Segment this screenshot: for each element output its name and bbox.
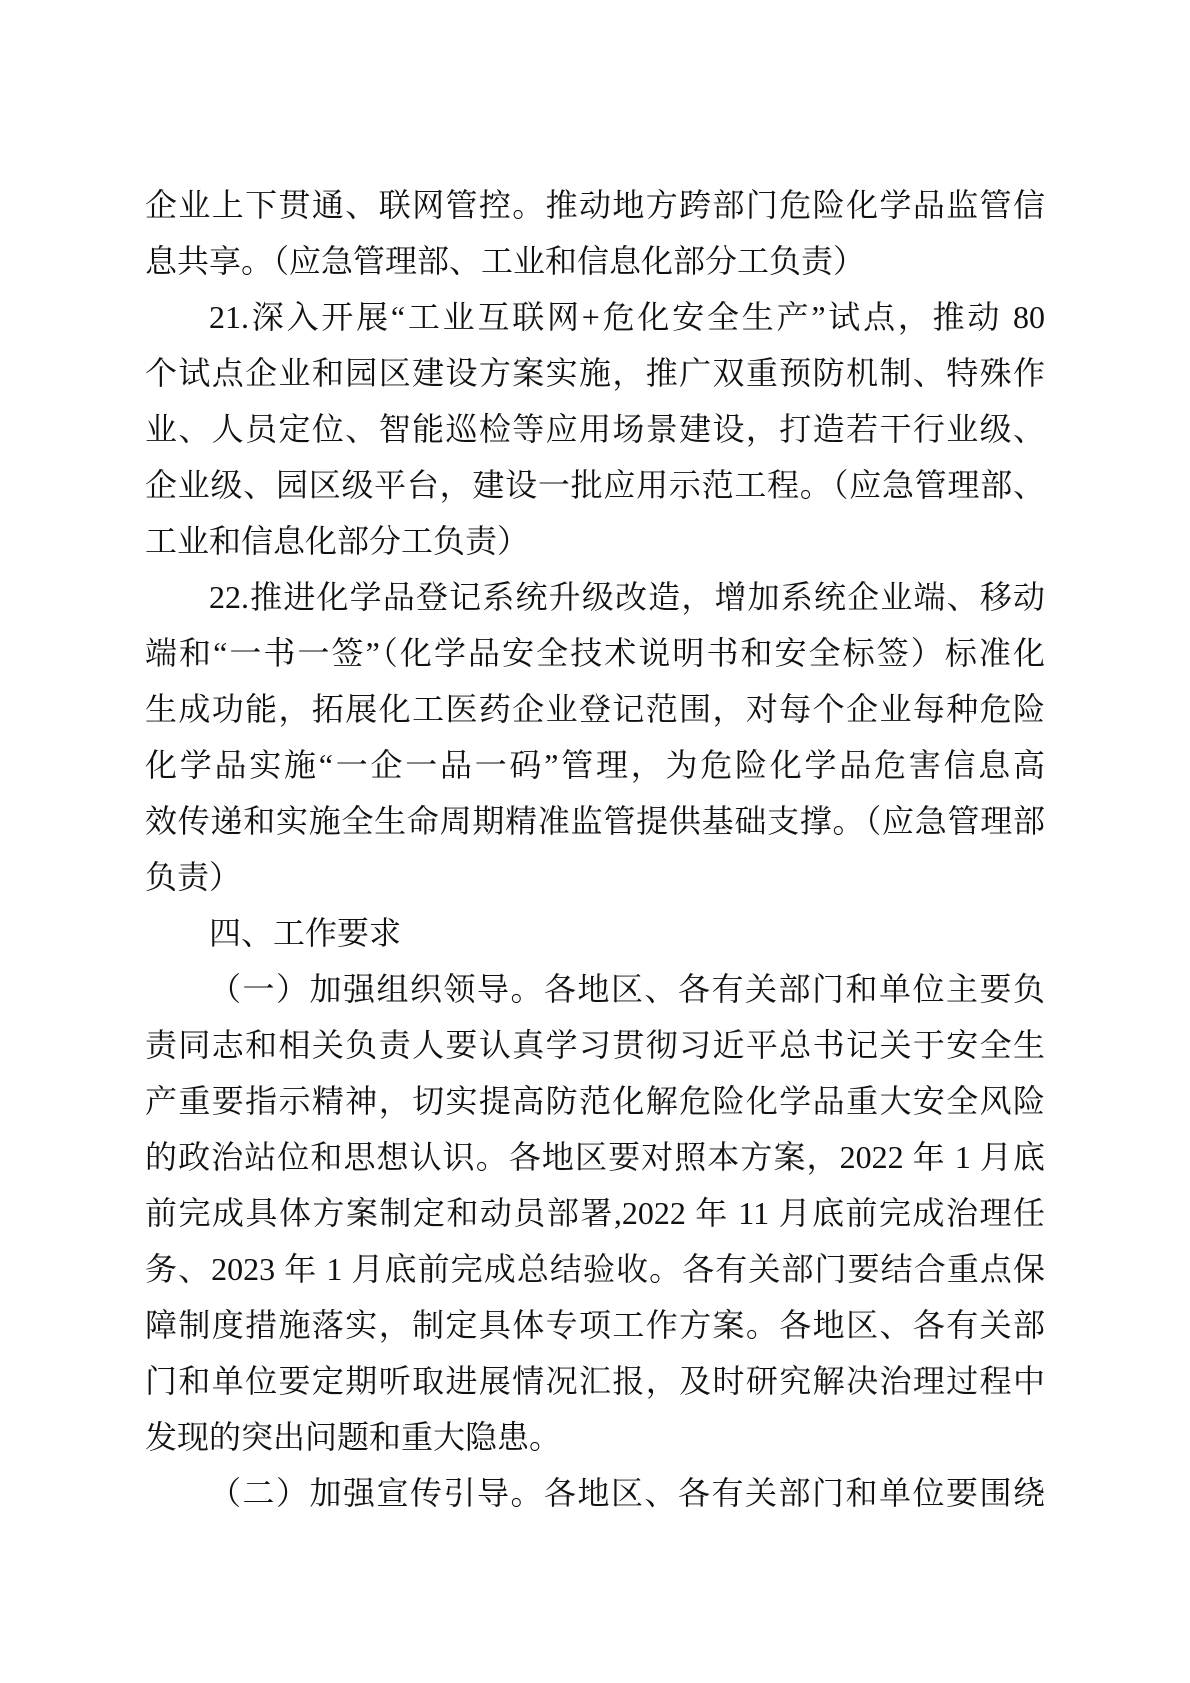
document-text-block: 企业上下贯通、联网管控。推动地方跨部门危险化学品监管信息共享。（应急管理部、工业…: [145, 177, 1045, 1521]
document-line: 个试点企业和园区建设方案实施，推广双重预防机制、特殊作: [145, 345, 1045, 401]
document-line: 门和单位要定期听取进展情况汇报，及时研究解决治理过程中: [145, 1353, 1045, 1409]
document-line: 负责）: [145, 849, 1045, 905]
document-line: 化学品实施“一企一品一码”管理，为危险化学品危害信息高: [145, 737, 1045, 793]
document-line: 业、人员定位、智能巡检等应用场景建设，打造若干行业级、: [145, 401, 1045, 457]
document-line: 生成功能，拓展化工医药企业登记范围，对每个企业每种危险: [145, 681, 1045, 737]
document-line: 责同志和相关负责人要认真学习贯彻习近平总书记关于安全生: [145, 1017, 1045, 1073]
document-line: 四、工作要求: [145, 905, 1045, 961]
document-line: 务、2023 年 1 月底前完成总结验收。各有关部门要结合重点保: [145, 1241, 1045, 1297]
document-line: 端和“一书一签”（化学品安全技术说明书和安全标签）标准化: [145, 625, 1045, 681]
document-line: 的政治站位和思想认识。各地区要对照本方案，2022 年 1 月底: [145, 1129, 1045, 1185]
document-line: 前完成具体方案制定和动员部署,2022 年 11 月底前完成治理任: [145, 1185, 1045, 1241]
document-page: 企业上下贯通、联网管控。推动地方跨部门危险化学品监管信息共享。（应急管理部、工业…: [0, 0, 1190, 1683]
document-line: 效传递和实施全生命周期精准监管提供基础支撑。（应急管理部: [145, 793, 1045, 849]
document-line: 企业级、园区级平台，建设一批应用示范工程。（应急管理部、: [145, 457, 1045, 513]
document-line: 发现的突出问题和重大隐患。: [145, 1409, 1045, 1465]
document-line: 企业上下贯通、联网管控。推动地方跨部门危险化学品监管信: [145, 177, 1045, 233]
document-line: 息共享。（应急管理部、工业和信息化部分工负责）: [145, 233, 1045, 289]
document-line: （一）加强组织领导。各地区、各有关部门和单位主要负: [145, 961, 1045, 1017]
document-line: 22.推进化学品登记系统升级改造，增加系统企业端、移动: [145, 569, 1045, 625]
document-line: 21.深入开展“工业互联网+危化安全生产”试点，推动 80: [145, 289, 1045, 345]
document-line: （二）加强宣传引导。各地区、各有关部门和单位要围绕: [145, 1465, 1045, 1521]
document-line: 产重要指示精神，切实提高防范化解危险化学品重大安全风险: [145, 1073, 1045, 1129]
document-line: 障制度措施落实，制定具体专项工作方案。各地区、各有关部: [145, 1297, 1045, 1353]
document-line: 工业和信息化部分工负责）: [145, 513, 1045, 569]
